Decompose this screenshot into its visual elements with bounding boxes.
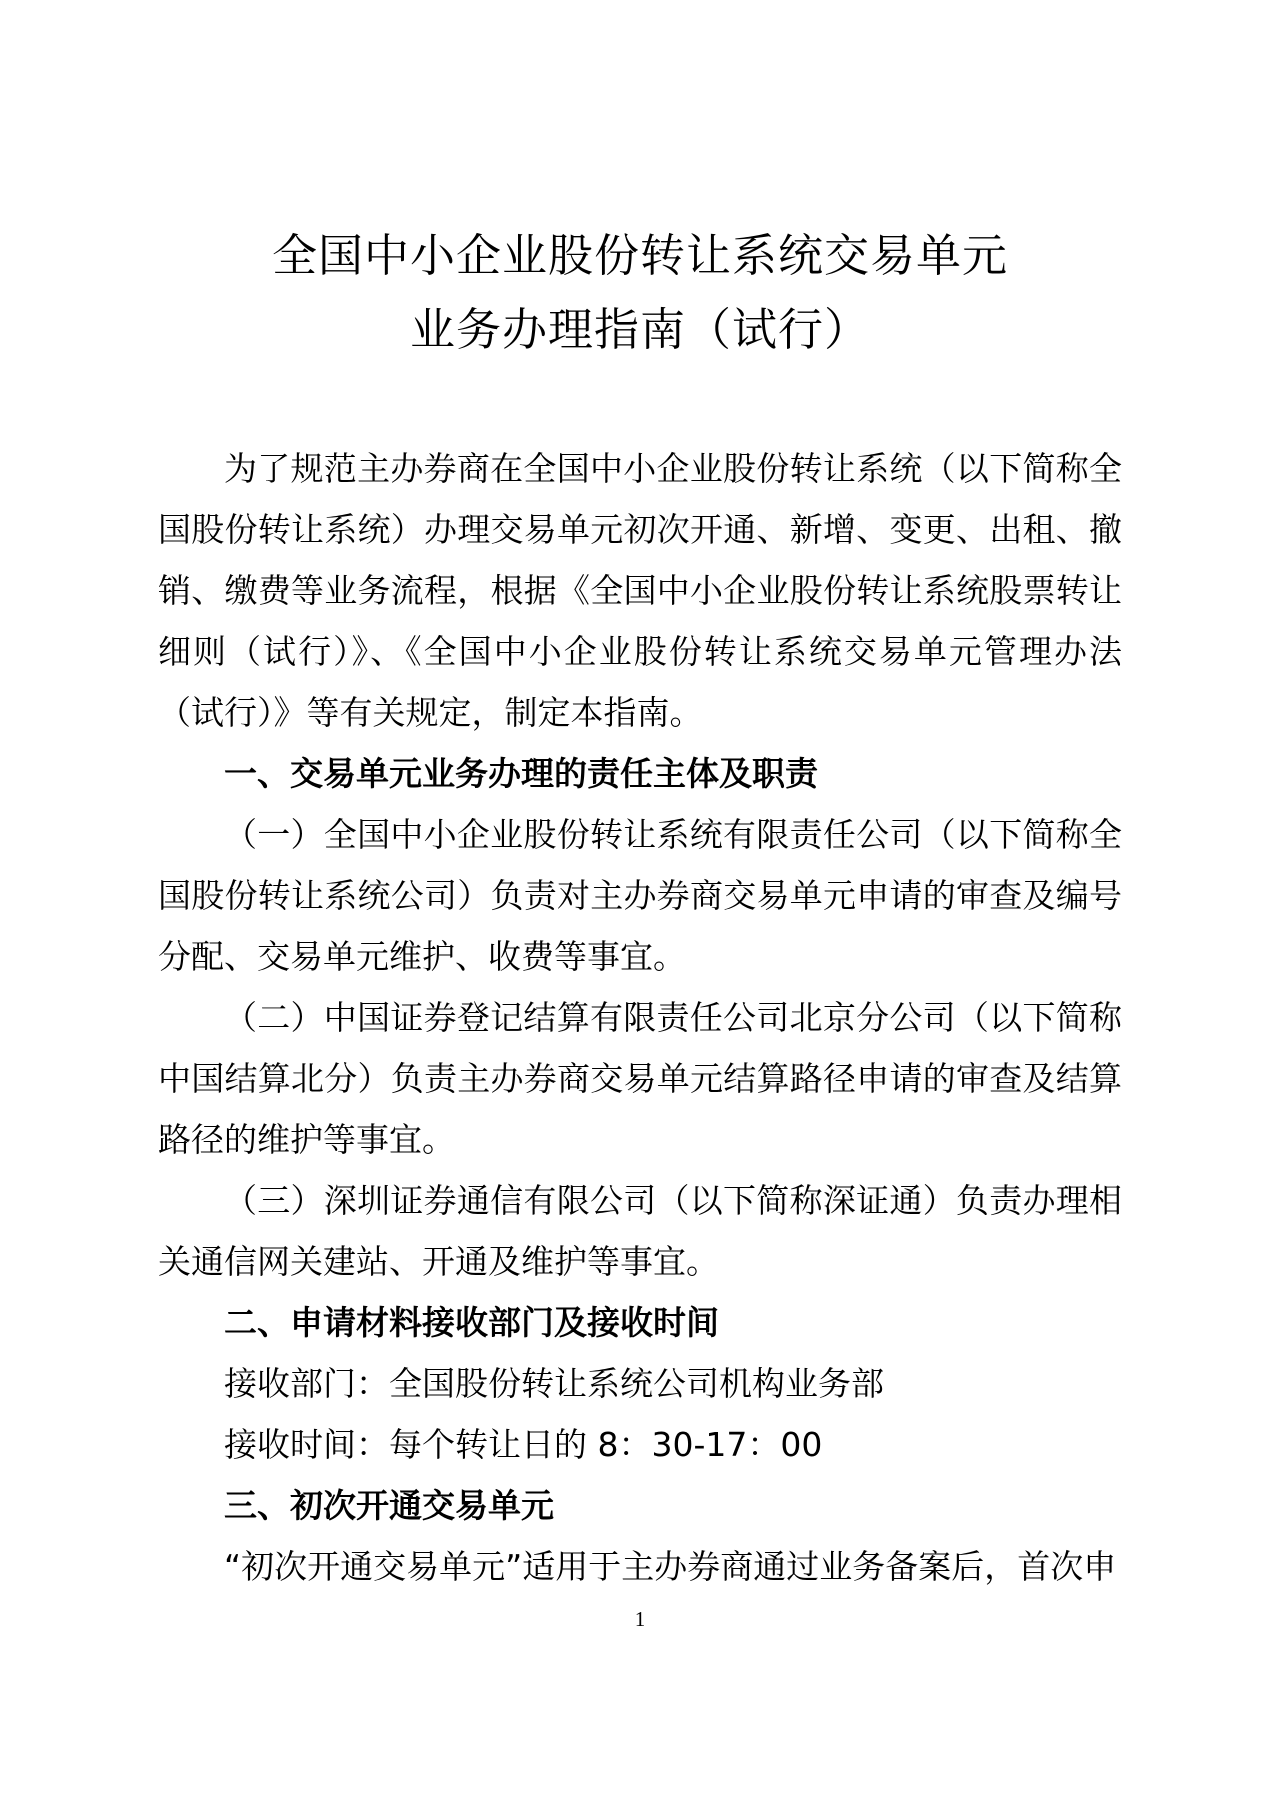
heading-section-3: 三、初次开通交易单元 [158, 1475, 1122, 1536]
document-body: 为了规范主办券商在全国中小企业股份转让系统（以下简称全国股份转让系统）办理交易单… [158, 438, 1122, 1597]
document-title-line-2: 业务办理指南（试行） [158, 293, 1122, 367]
paragraph-section-3-intro: “初次开通交易单元”适用于主办券商通过业务备案后，首次申 [158, 1536, 1122, 1597]
paragraph-section-1-item-1: （一）全国中小企业股份转让系统有限责任公司（以下简称全国股份转让系统公司）负责对… [158, 804, 1122, 987]
paragraph-receiving-time: 接收时间：每个转让日的 8：30-17：00 [158, 1414, 1122, 1475]
document-title-line-1: 全国中小企业股份转让系统交易单元 [158, 219, 1122, 293]
page-number: 1 [0, 1605, 1280, 1633]
document-title: 全国中小企业股份转让系统交易单元 业务办理指南（试行） [158, 219, 1122, 367]
heading-section-2: 二、申请材料接收部门及接收时间 [158, 1292, 1122, 1353]
paragraph-section-1-item-3: （三）深圳证券通信有限公司（以下简称深证通）负责办理相关通信网关建站、开通及维护… [158, 1170, 1122, 1292]
paragraph-intro: 为了规范主办券商在全国中小企业股份转让系统（以下简称全国股份转让系统）办理交易单… [158, 438, 1122, 743]
paragraph-section-1-item-2: （二）中国证券登记结算有限责任公司北京分公司（以下简称中国结算北分）负责主办券商… [158, 987, 1122, 1170]
document-page: 全国中小企业股份转让系统交易单元 业务办理指南（试行） 为了规范主办券商在全国中… [0, 0, 1280, 1811]
document-content: 全国中小企业股份转让系统交易单元 业务办理指南（试行） 为了规范主办券商在全国中… [158, 0, 1122, 1597]
heading-section-1: 一、交易单元业务办理的责任主体及职责 [158, 743, 1122, 804]
paragraph-receiving-department: 接收部门：全国股份转让系统公司机构业务部 [158, 1353, 1122, 1414]
